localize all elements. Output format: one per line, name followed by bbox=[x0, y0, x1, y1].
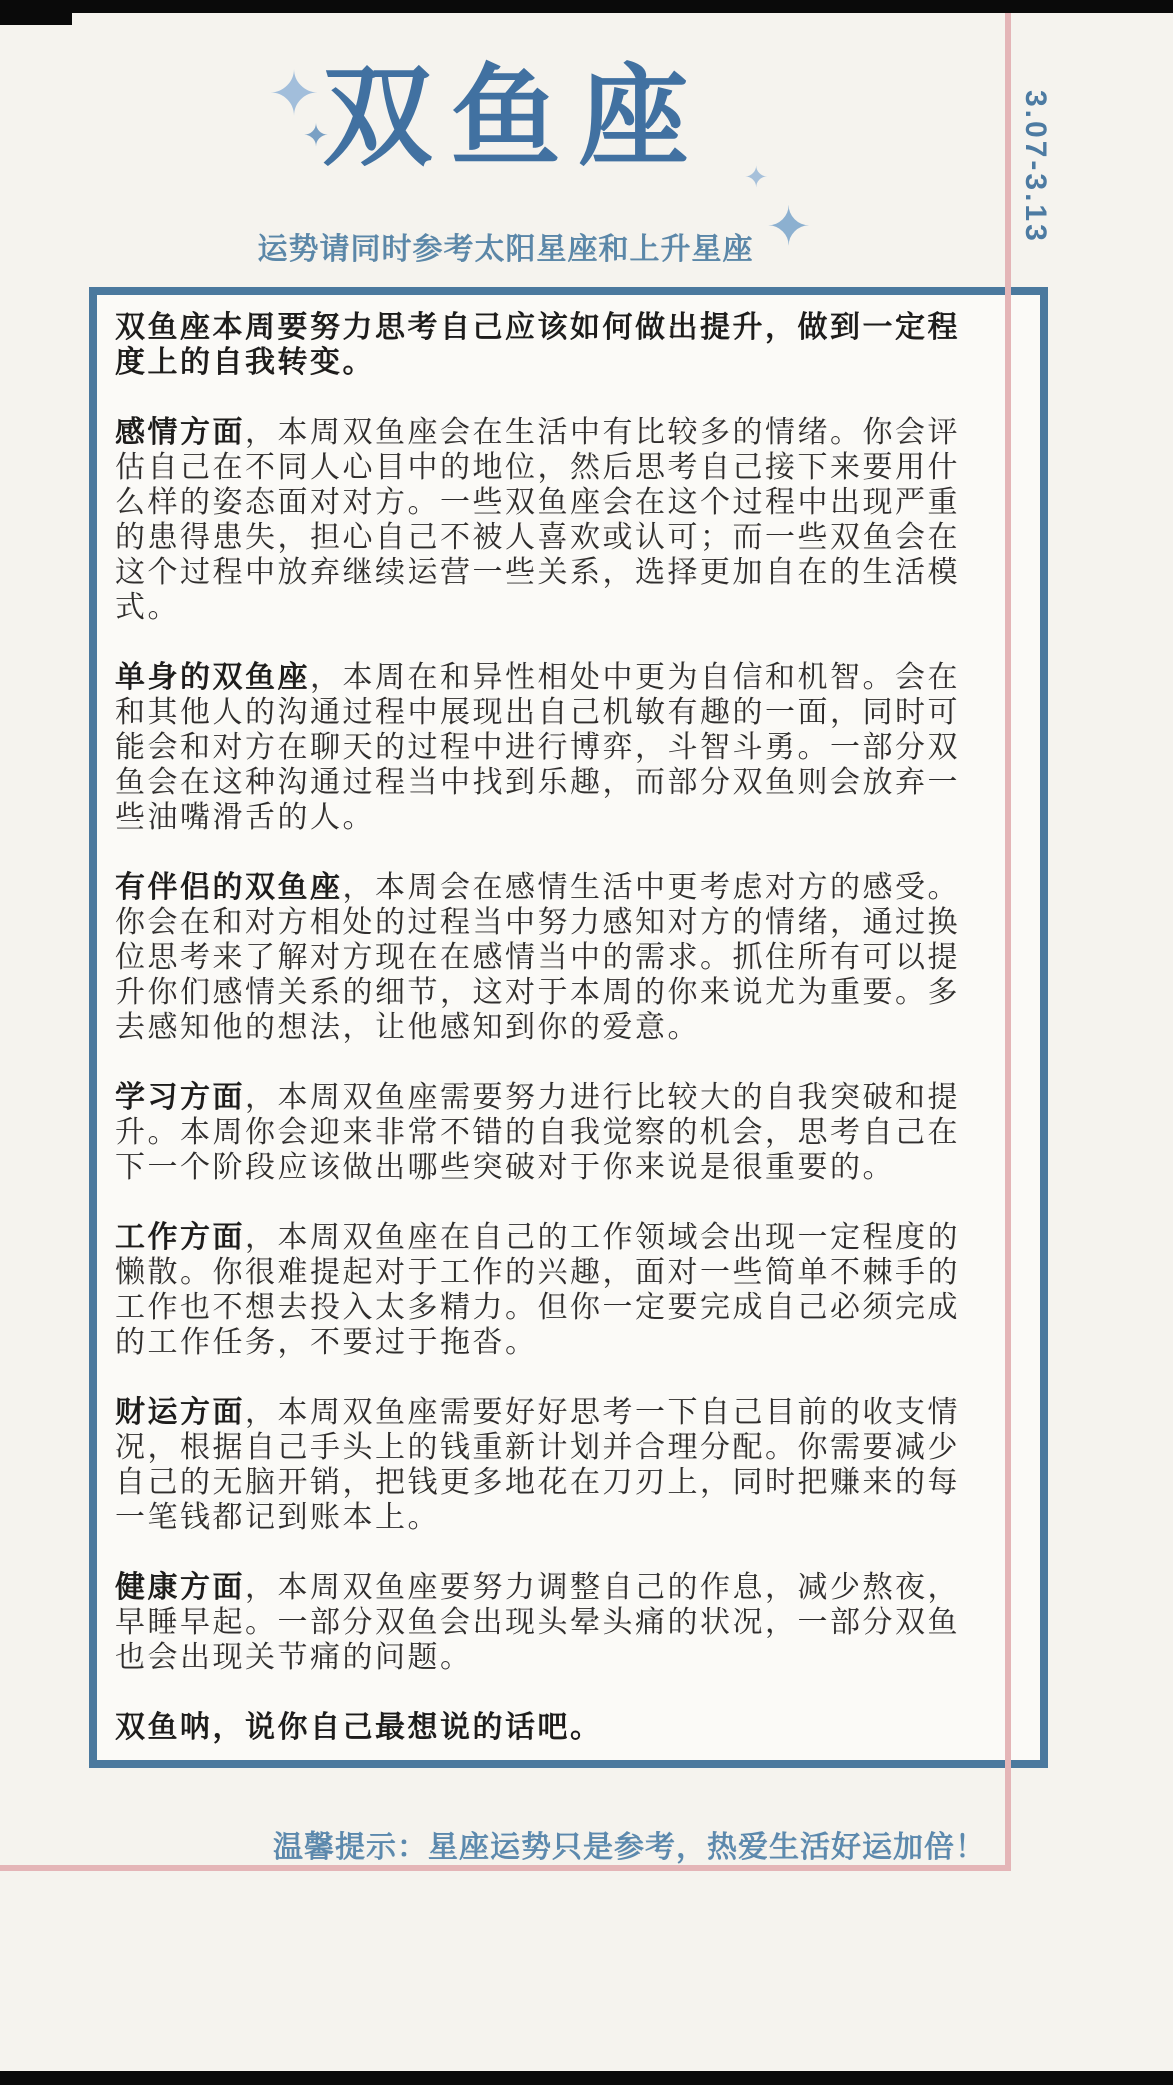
section-love-lead: 感情方面 bbox=[115, 416, 245, 449]
letterbox-bottom bbox=[0, 2071, 1173, 2085]
section-work: 工作方面，本周双鱼座在自己的工作领域会出现一定程度的懒散。你很难提起对于工作的兴… bbox=[115, 1220, 977, 1360]
section-love: 感情方面，本周双鱼座会在生活中有比较多的情绪。你会评估自己在不同人心目中的地位，… bbox=[115, 415, 977, 625]
section-study-lead: 学习方面 bbox=[115, 1081, 245, 1114]
intro-paragraph: 双鱼座本周要努力思考自己应该如何做出提升，做到一定程度上的自我转变。 bbox=[115, 310, 977, 380]
frame-line-right bbox=[1005, 13, 1011, 1871]
section-health: 健康方面，本周双鱼座要努力调整自己的作息，减少熬夜，早睡早起。一部分双鱼会出现头… bbox=[115, 1570, 977, 1675]
section-single: 单身的双鱼座，本周在和异性相处中更为自信和机智。会在和其他人的沟通过程中展现出自… bbox=[115, 660, 977, 835]
letterbox-top bbox=[0, 0, 1173, 13]
date-range-label: 3.07-3.13 bbox=[1018, 90, 1052, 290]
horoscope-poster: ✦ ✦ ✦ ✦ 双鱼座 运势请同时参考太阳星座和上升星座 3.07-3.13 双… bbox=[0, 0, 1173, 2085]
footer-tip: 温馨提示：星座运势只是参考，热爱生活好运加倍！ bbox=[0, 1822, 986, 1866]
outro-paragraph: 双鱼呐，说你自己最想说的话吧。 bbox=[115, 1710, 977, 1745]
section-study: 学习方面，本周双鱼座需要努力进行比较大的自我突破和提升。本周你会迎来非常不错的自… bbox=[115, 1080, 977, 1185]
page-title: 双鱼座 bbox=[0, 48, 1011, 188]
section-work-lead: 工作方面 bbox=[115, 1221, 245, 1254]
section-partnered-lead: 有伴侣的双鱼座 bbox=[115, 871, 343, 904]
section-single-lead: 单身的双鱼座 bbox=[115, 661, 310, 694]
section-health-lead: 健康方面 bbox=[115, 1571, 245, 1604]
section-wealth: 财运方面，本周双鱼座需要好好思考一下自己目前的收支情况，根据自己手头上的钱重新计… bbox=[115, 1395, 977, 1535]
letterbox-notch bbox=[0, 0, 72, 25]
page-subtitle: 运势请同时参考太阳星座和上升星座 bbox=[0, 224, 1011, 268]
section-wealth-lead: 财运方面 bbox=[115, 1396, 245, 1429]
content-box: 双鱼座本周要努力思考自己应该如何做出提升，做到一定程度上的自我转变。 感情方面，… bbox=[89, 287, 1048, 1768]
section-partnered: 有伴侣的双鱼座，本周会在感情生活中更考虑对方的感受。你会在和对方相处的过程当中努… bbox=[115, 870, 977, 1045]
